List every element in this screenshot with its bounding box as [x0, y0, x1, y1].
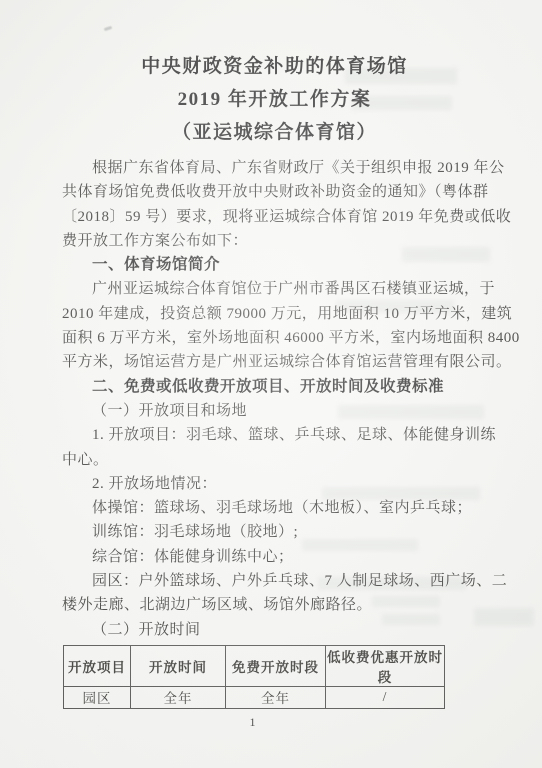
table-header-lowfee-period: 低收费优惠开放时段 — [326, 645, 445, 686]
table-row: 园区 全年 全年 / — [64, 686, 445, 708]
table-header-open-project: 开放项目 — [64, 645, 131, 686]
venue-paragraph-line: 面积 6 万平方米，室外场地面积 46000 平方米，室内场地面积 8400 — [62, 326, 487, 350]
venue-paragraph-line: 2010 年建成，投资总额 79000 万元，用地面积 10 万平方米，建筑 — [62, 302, 487, 326]
open-projects-line: 中心。 — [62, 448, 487, 472]
field-line-park: 园区：户外篮球场、户外乒乓球、7 人制足球场、西广场、二 — [62, 569, 487, 593]
page-number: 1 — [62, 715, 443, 730]
intro-paragraph-line: 费开放工作方案公布如下： — [62, 229, 487, 253]
table-cell-lowfee: / — [326, 686, 445, 708]
section-1-heading: 一、体育场馆简介 — [62, 253, 487, 277]
table-cell-project: 园区 — [64, 686, 131, 708]
title-line-1: 中央财政资金补助的体育场馆 — [62, 50, 487, 83]
section-2-heading: 二、免费或低收费开放项目、开放时间及收费标准 — [62, 375, 487, 399]
field-line-comprehensive-hall: 综合馆：体能健身训练中心； — [62, 545, 487, 569]
open-fields-label: 2. 开放场地情况： — [62, 472, 487, 496]
scanned-document-page: 中央财政资金补助的体育场馆 2019 年开放工作方案 （亚运城综合体育馆） 根据… — [0, 0, 542, 768]
subsection-1-heading: （一）开放项目和场地 — [62, 399, 487, 423]
opening-times-table: 开放项目 开放时间 免费开放时段 低收费优惠开放时段 园区 全年 全年 / — [63, 645, 445, 709]
scan-artifact-speck — [104, 26, 113, 31]
field-line-gymnastics-hall: 体操馆：篮球场、羽毛球场地（木地板）、室内乒乓球； — [62, 496, 487, 520]
title-line-2: 2019 年开放工作方案 — [62, 83, 487, 116]
table-header-row: 开放项目 开放时间 免费开放时段 低收费优惠开放时段 — [64, 645, 445, 686]
table-header-free-period: 免费开放时段 — [226, 645, 326, 686]
field-line-park: 楼外走廊、北湖边广场区域、场馆外廊路径。 — [62, 593, 487, 617]
subsection-2-heading: （二）开放时间 — [62, 618, 487, 642]
table-cell-time: 全年 — [131, 686, 226, 708]
open-projects-line: 1. 开放项目：羽毛球、篮球、乒乓球、足球、体能健身训练 — [62, 423, 487, 447]
venue-paragraph-line: 广州亚运城综合体育馆位于广州市番禺区石楼镇亚运城，于 — [62, 277, 487, 301]
document-title: 中央财政资金补助的体育场馆 2019 年开放工作方案 （亚运城综合体育馆） — [62, 50, 487, 149]
table-header-open-time: 开放时间 — [131, 645, 226, 686]
venue-paragraph-line: 平方米，场馆运营方是广州亚运城综合体育馆运营管理有限公司。 — [62, 350, 487, 374]
intro-paragraph-line: 〔2018〕59 号）要求，现将亚运城综合体育馆 2019 年免费或低收 — [62, 205, 487, 229]
field-line-training-hall: 训练馆：羽毛球场地（胶地）; — [62, 520, 487, 544]
title-line-3: （亚运城综合体育馆） — [62, 116, 487, 149]
document-body: 中央财政资金补助的体育场馆 2019 年开放工作方案 （亚运城综合体育馆） 根据… — [62, 50, 487, 730]
intro-paragraph-line: 根据广东省体育局、广东省财政厅《关于组织申报 2019 年公 — [62, 156, 487, 180]
table-cell-free: 全年 — [226, 686, 326, 708]
intro-paragraph-line: 共体育场馆免费低收费开放中央财政补助资金的通知》（粤体群 — [62, 180, 487, 204]
